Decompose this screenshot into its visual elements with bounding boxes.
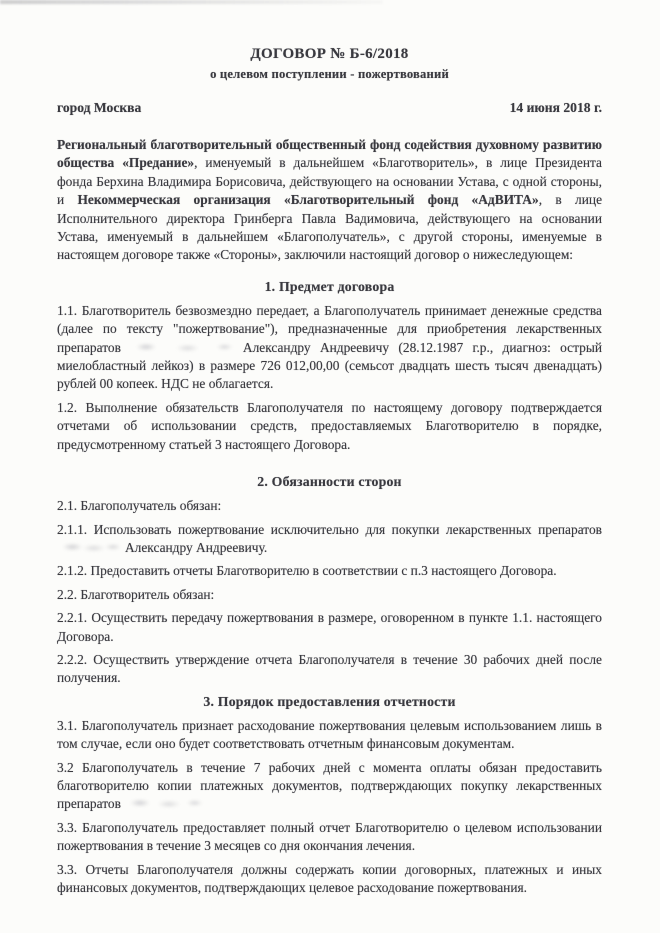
text-segment: 3.3. Благополучатель предоставляет полны… bbox=[57, 820, 602, 853]
contract-paragraph: 3.1. Благополучатель признает расходован… bbox=[57, 717, 602, 754]
scan-smudge bbox=[0, 0, 383, 4]
contract-section: 3. Порядок предоставления отчетности3.1.… bbox=[57, 693, 602, 898]
document-subtitle: о целевом поступлении - пожертвований bbox=[57, 66, 602, 83]
text-segment: 2.2.2. Осуществить утверждение отчета Бл… bbox=[57, 652, 602, 685]
document-title: ДОГОВОР № Б-6/2018 bbox=[57, 44, 602, 64]
redaction-smudge bbox=[126, 798, 204, 809]
text-segment: 2.1.2. Предоставить отчеты Благотворител… bbox=[57, 563, 557, 578]
scanned-contract-page: ДОГОВОР № Б-6/2018 о целевом поступлении… bbox=[0, 0, 660, 933]
section-heading: 1. Предмет договора bbox=[57, 278, 602, 296]
document-body: 1. Предмет договора1.1. Благотворитель б… bbox=[57, 278, 602, 898]
text-segment: 3.3. Отчеты Благополучателя должны содер… bbox=[57, 862, 602, 895]
text-segment: Александру Андреевичу. bbox=[125, 540, 267, 555]
text-segment: 2.2. Благотворитель обязан: bbox=[57, 587, 214, 602]
contract-paragraph: 1.1. Благотворитель безвозмездно передае… bbox=[57, 302, 602, 394]
text-segment: 3.1. Благополучатель признает расходован… bbox=[57, 718, 602, 751]
contract-paragraph: 1.2. Выполнение обязательств Благополуча… bbox=[57, 399, 602, 454]
contract-paragraph: 2.2. Благотворитель обязан: bbox=[57, 586, 602, 604]
contract-section: 2. Обязанности сторон2.1. Благополучател… bbox=[57, 473, 602, 688]
contract-section: 1. Предмет договора1.1. Благотворитель б… bbox=[57, 278, 602, 454]
section-heading: 3. Порядок предоставления отчетности bbox=[57, 693, 602, 711]
preamble-paragraph: Региональный благотворительный обществен… bbox=[57, 136, 602, 265]
redaction-smudge bbox=[62, 542, 120, 553]
text-segment: Некоммерческая организация «Благотворите… bbox=[78, 192, 539, 207]
contract-paragraph: 2.2.2. Осуществить утверждение отчета Бл… bbox=[57, 651, 602, 688]
contract-paragraph: 2.1.1. Использовать пожертвование исключ… bbox=[57, 521, 602, 558]
text-segment: 1.2. Выполнение обязательств Благополуча… bbox=[57, 400, 602, 452]
contract-paragraph: 3.2 Благополучатель в течение 7 рабочих … bbox=[57, 759, 602, 814]
text-segment: 2.2.1. Осуществить передачу пожертвовани… bbox=[57, 610, 602, 643]
contract-paragraph: 3.3. Отчеты Благополучателя должны содер… bbox=[57, 861, 602, 898]
section-heading: 2. Обязанности сторон bbox=[57, 473, 602, 491]
text-segment: 2.1.1. Использовать пожертвование исключ… bbox=[57, 522, 602, 537]
redaction-smudge bbox=[126, 342, 238, 353]
contract-paragraph: 2.1. Благополучатель обязан: bbox=[57, 497, 602, 515]
document-city: город Москва bbox=[57, 98, 141, 117]
text-segment: 2.1. Благополучатель обязан: bbox=[57, 498, 221, 513]
meta-row: город Москва 14 июня 2018 г. bbox=[57, 98, 602, 117]
document-date: 14 июня 2018 г. bbox=[510, 98, 602, 117]
contract-paragraph: 2.2.1. Осуществить передачу пожертвовани… bbox=[57, 609, 602, 646]
contract-paragraph: 3.3. Благополучатель предоставляет полны… bbox=[57, 819, 602, 856]
contract-paragraph: 2.1.2. Предоставить отчеты Благотворител… bbox=[57, 562, 602, 580]
